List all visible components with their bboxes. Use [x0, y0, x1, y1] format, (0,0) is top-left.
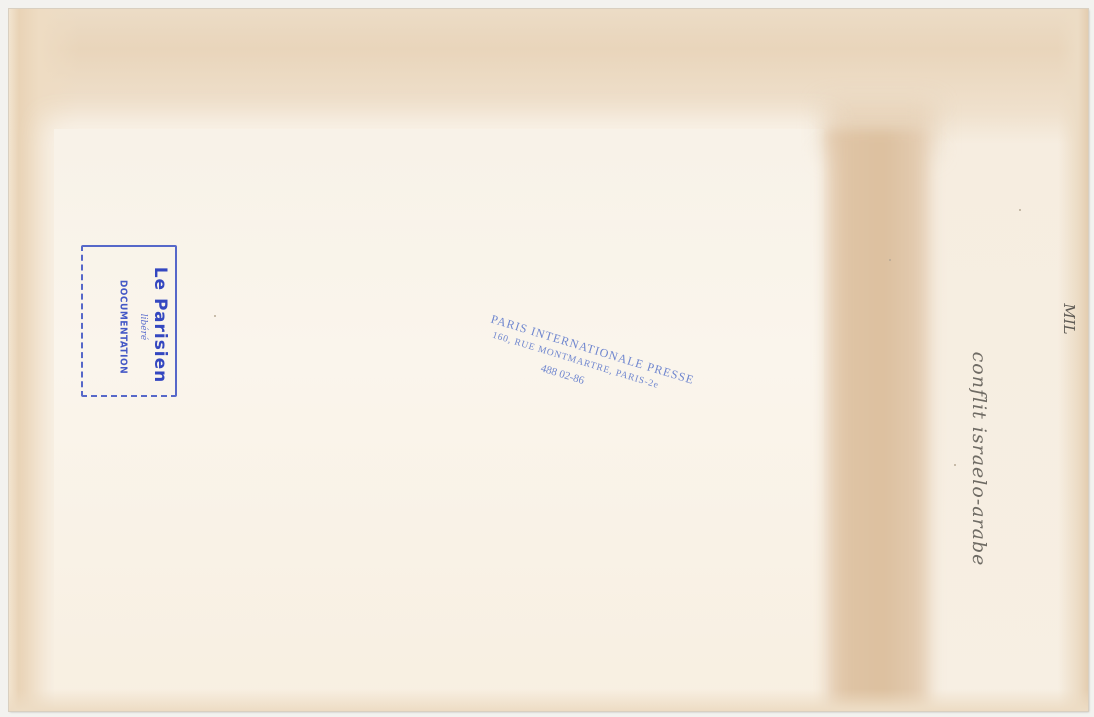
le-parisien-stamp: Le Parisien libéré DOCUMENTATION: [73, 237, 177, 397]
stamp-title: Le Parisien: [150, 267, 170, 384]
photograph-back: Le Parisien libéré DOCUMENTATION PARIS I…: [9, 9, 1088, 711]
paper-speck: [214, 315, 216, 317]
handwritten-reference: MIL: [1060, 303, 1078, 334]
stamp-documentation-label: DOCUMENTATION: [118, 280, 129, 374]
paper-speck: [889, 259, 891, 261]
paper-speck: [954, 464, 956, 466]
bottom-edge-stain: [9, 689, 1088, 711]
right-stain-band: [824, 129, 934, 711]
handwritten-caption: conflit israelo-arabe: [968, 352, 990, 567]
scan-background: Le Parisien libéré DOCUMENTATION PARIS I…: [0, 0, 1094, 717]
stamp-script-subtitle: libéré: [138, 314, 148, 340]
paper-speck: [1019, 209, 1021, 211]
mounted-area: [54, 129, 824, 711]
right-edge-stain: [1058, 9, 1088, 711]
